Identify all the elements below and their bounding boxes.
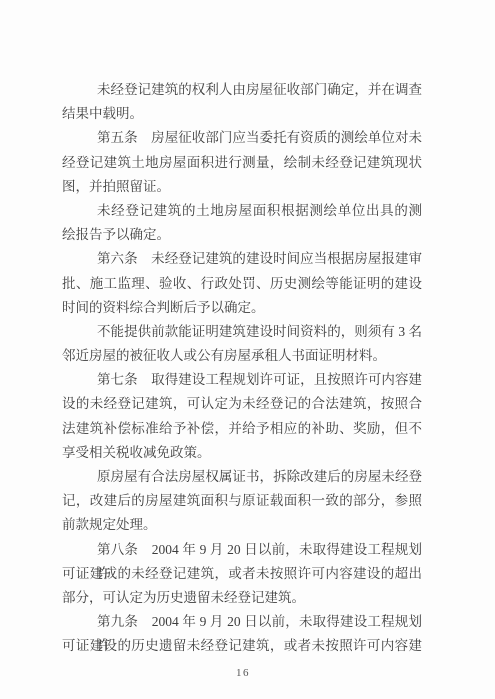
text-line: 未经登记建筑的土地房屋面积根据测绘单位出具的测 [62, 199, 422, 223]
document-page: 未经登记建筑的权利人由房屋征收部门确定，并在调查结果中载明。第五条 房屋征收部门… [0, 0, 495, 699]
text-line: 第九条 2004 年 9 月 20 日以前，未取得建设工程规划许 [62, 610, 422, 634]
text-line: 不能提供前款能证明建筑建设时间资料的，则须有 3 名 [62, 320, 422, 344]
text-line: 第八条 2004 年 9 月 20 日以前，未取得建设工程规划许 [62, 538, 422, 562]
text-line: 记，改建后的房屋建筑面积与原证载面积一致的部分，参照 [62, 489, 422, 513]
text-line: 第六条 未经登记建筑的建设时间应当根据房屋报建审 [62, 247, 422, 271]
text-line: 法建筑补偿标准给予补偿，并给予相应的补助、奖励，但不 [62, 417, 422, 441]
text-line: 结果中载明。 [62, 102, 422, 126]
text-line: 时间的资料综合判断后予以确定。 [62, 296, 422, 320]
text-line: 邻近房屋的被征收人或公有房屋承租人书面证明材料。 [62, 344, 422, 368]
text-line: 未经登记建筑的权利人由房屋征收部门确定，并在调查 [62, 78, 422, 102]
text-line: 设的未经登记建筑，可认定为未经登记的合法建筑，按照合 [62, 392, 422, 416]
text-line: 前款规定处理。 [62, 513, 422, 537]
text-line: 绘报告予以确定。 [62, 223, 422, 247]
text-line: 部分，可认定为历史遗留未经登记建筑。 [62, 586, 422, 610]
text-line: 可证建设的历史遗留未经登记建筑，或者未按照许可内容建 [62, 634, 422, 658]
document-body: 未经登记建筑的权利人由房屋征收部门确定，并在调查结果中载明。第五条 房屋征收部门… [62, 78, 422, 659]
text-line: 第五条 房屋征收部门应当委托有资质的测绘单位对未 [62, 126, 422, 150]
text-line: 可证建成的未经登记建筑，或者未按照许可内容建设的超出 [62, 562, 422, 586]
page-number: 16 [0, 667, 486, 679]
text-line: 经登记建筑土地房屋面积进行测量，绘制未经登记建筑现状 [62, 151, 422, 175]
text-line: 第七条 取得建设工程规划许可证，且按照许可内容建 [62, 368, 422, 392]
text-line: 图，并拍照留证。 [62, 175, 422, 199]
text-line: 批、施工监理、验收、行政处罚、历史测绘等能证明的建设 [62, 272, 422, 296]
text-line: 原房屋有合法房屋权属证书，拆除改建后的房屋未经登 [62, 465, 422, 489]
text-line: 享受相关税收减免政策。 [62, 441, 422, 465]
